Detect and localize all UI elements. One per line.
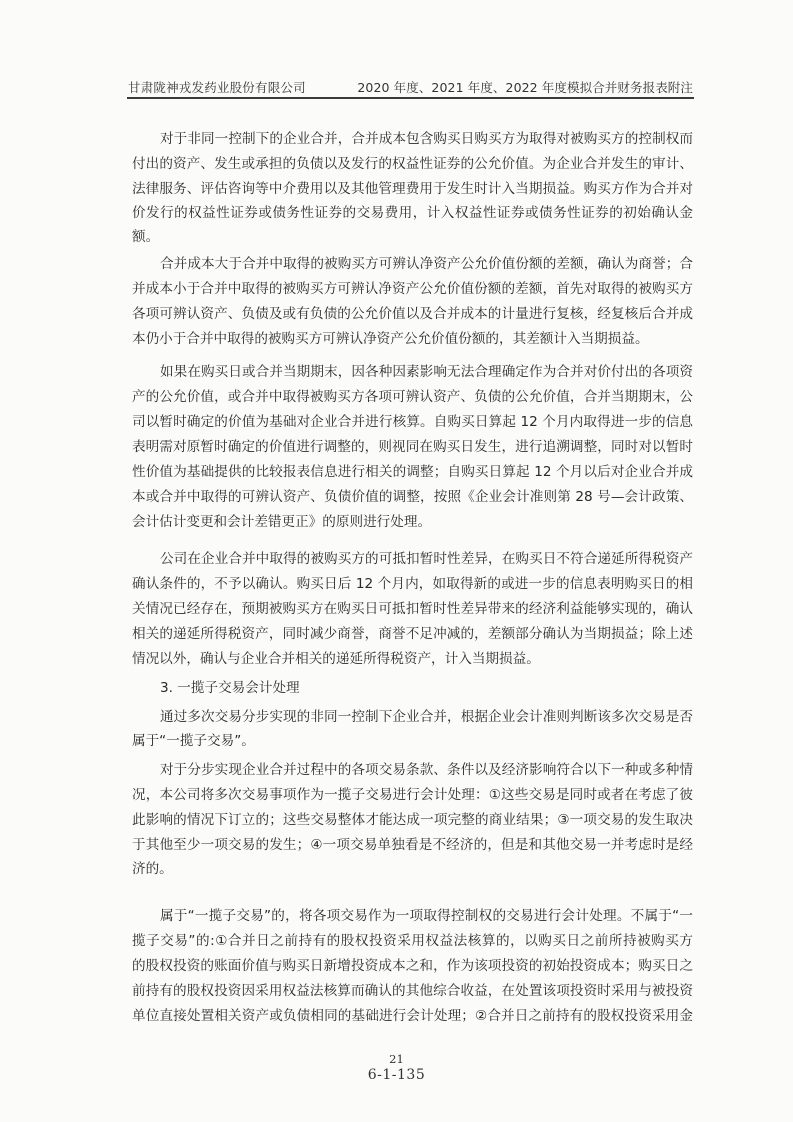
text-line: 如果在购买日或合并当期期末，因各种因素影响无法合理确定作为合并对价付出的各项资 [160,363,693,381]
text-line: 付出的资产、发生或承担的负债以及发行的权益性证券的公允价值。为企业合并发生的审计… [132,155,693,173]
text-line: 对于非同一控制下的企业合并，合并成本包含购买日购买方为取得对被购买方的控制权而 [160,130,693,148]
text-line: 会计估计变更和会计差错更正》的原则进行处理。 [132,513,693,531]
text-line: 各项可辨认资产、负债及或有负债的公允价值以及合并成本的计量进行复核，经复核后合并… [132,305,693,323]
text-line: 司以暂时确定的价值为基础对企业合并进行核算。自购买日算起 12 个月内取得进一步… [132,413,693,431]
text-line: 本或合并中取得的可辨认资产、负债价值的调整，按照《企业会计准则第 28 号—会计… [132,488,693,506]
text-line: 的股权投资的账面价值与购买日新增投资成本之和，作为该项投资的初始投资成本；购买日… [132,957,693,975]
text-line: 揽子交易”的:①合并日之前持有的股权投资采用权益法核算的，以购买日之前所持被购买… [132,932,693,950]
company-name: 甘肃陇神戎发药业股份有限公司 [128,78,306,96]
text-line: 并成本小于合并中取得的被购买方可辨认净资产公允价值份额的差额，首先对取得的被购买… [132,280,693,298]
text-line: 表明需对原暂时确定的价值进行调整的，则视同在购买日发生，进行追溯调整，同时对以暂… [132,438,693,456]
text-line: 前持有的股权投资因采用权益法核算而确认的其他综合收益，在处置该项投资时采用与被投… [132,982,693,1000]
text-line: 额。 [132,228,693,246]
text-line: 法律服务、评估咨询等中介费用以及其他管理费用于发生时计入当期损益。购买方作为合并… [132,180,693,198]
text-line: 确认条件的，不予以确认。购买日后 12 个月内，如取得新的或进一步的信息表明购买… [132,575,693,593]
report-title: 2020 年度、2021 年度、2022 年度模拟合并财务报表附注 [357,78,693,96]
text-line: 性价值为基础提供的比较报表信息进行相关的调整；自购买日算起 12 个月以后对企业… [132,463,693,481]
text-line: 价发行的权益性证券或债务性证券的交易费用，计入权益性证券或债务性证券的初始确认金 [132,204,693,222]
text-line: 关情况已经存在，预期被购买方在购买日可抵扣暂时性差异带来的经济利益能够实现的，确… [132,600,693,618]
text-line: 属于“一揽子交易”的，将各项交易作为一项取得控制权的交易进行会计处理。不属于“一 [160,907,693,925]
section-heading: 3. 一揽子交易会计处理 [160,679,300,697]
text-line: 单位直接处置相关资产或负债相同的基础进行会计处理；②合并日之前持有的股权投资采用… [132,1007,693,1025]
text-line: 属于“一揽子交易”。 [132,732,693,750]
text-line: 济的。 [132,860,693,878]
text-line: 通过多次交易分步实现的非同一控制下企业合并，根据企业会计准则判断该多次交易是否 [160,708,693,726]
text-line: 此影响的情况下订立的；这些交易整体才能达成一项完整的商业结果；③一项交易的发生取… [132,811,693,829]
text-line: 于其他至少一项交易的发生；④一项交易单独看是不经济的，但是和其他交易一并考虑时是… [132,836,693,854]
document-code: 6-1-135 [0,1067,793,1083]
page-header: 甘肃陇神戎发药业股份有限公司 2020 年度、2021 年度、2022 年度模拟… [128,78,693,96]
text-line: 合并成本大于合并中取得的被购买方可辨认净资产公允价值份额的差额，确认为商誉；合 [160,255,693,273]
header-divider [127,97,694,99]
document-page: 甘肃陇神戎发药业股份有限公司 2020 年度、2021 年度、2022 年度模拟… [0,0,793,1122]
text-line: 相关的递延所得税资产，同时减少商誉，商誉不足冲减的，差额部分确认为当期损益；除上… [132,625,693,643]
text-line: 况，本公司将多次交易事项作为一揽子交易进行会计处理：①这些交易是同时或者在考虑了… [132,786,693,804]
page-number: 21 [0,1052,793,1066]
text-line: 本仍小于合并中取得的被购买方可辨认净资产公允价值份额的，其差额计入当期损益。 [132,330,693,348]
text-line: 情况以外，确认与企业合并相关的递延所得税资产，计入当期损益。 [132,650,693,668]
text-line: 对于分步实现企业合并过程中的各项交易条款、条件以及经济影响符合以下一种或多种情 [160,761,693,779]
text-line: 公司在企业合并中取得的被购买方的可抵扣暂时性差异，在购买日不符合递延所得税资产 [160,550,693,568]
text-line: 产的公允价值，或合并中取得被购买方各项可辨认资产、负债的公允价值，合并当期期末，… [132,388,693,406]
